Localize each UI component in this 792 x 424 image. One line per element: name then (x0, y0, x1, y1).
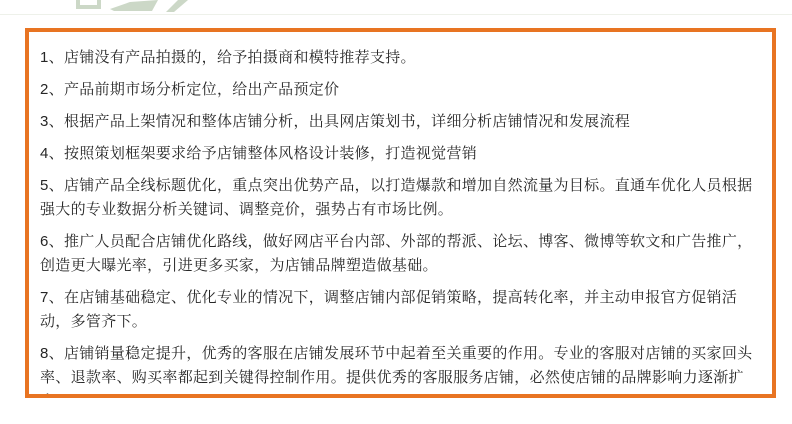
service-item-8: 8、店铺销量稳定提升，优秀的客服在店铺发展环节中起着至关重要的作用。专业的客服对… (40, 342, 765, 398)
cutoff-logo-fragment-icon (70, 0, 200, 13)
service-item-4: 4、按照策划框架要求给予店铺整体风格设计装修，打造视觉营销 (40, 142, 765, 166)
service-item-5: 5、店铺产品全线标题优化，重点突出优势产品，以打造爆款和增加自然流量为目标。直通… (40, 174, 765, 222)
service-item-7: 7、在店铺基础稳定、优化专业的情况下，调整店铺内部促销策略，提高转化率，并主动申… (40, 286, 765, 334)
service-item-3: 3、根据产品上架情况和整体店铺分析，出具网店策划书，详细分析店铺情况和发展流程 (40, 110, 765, 134)
service-item-2: 2、产品前期市场分析定位，给出产品预定价 (40, 78, 765, 102)
service-item-6: 6、推广人员配合店铺优化路线，做好网店平台内部、外部的帮派、论坛、博客、微博等软… (40, 230, 765, 278)
service-item-1: 1、店铺没有产品拍摄的，给予拍摄商和模特推荐支持。 (40, 46, 765, 70)
service-panel: 1、店铺没有产品拍摄的，给予拍摄商和模特推荐支持。 2、产品前期市场分析定位，给… (25, 28, 776, 398)
header-divider (0, 14, 792, 15)
page: 1、店铺没有产品拍摄的，给予拍摄商和模特推荐支持。 2、产品前期市场分析定位，给… (0, 0, 792, 424)
